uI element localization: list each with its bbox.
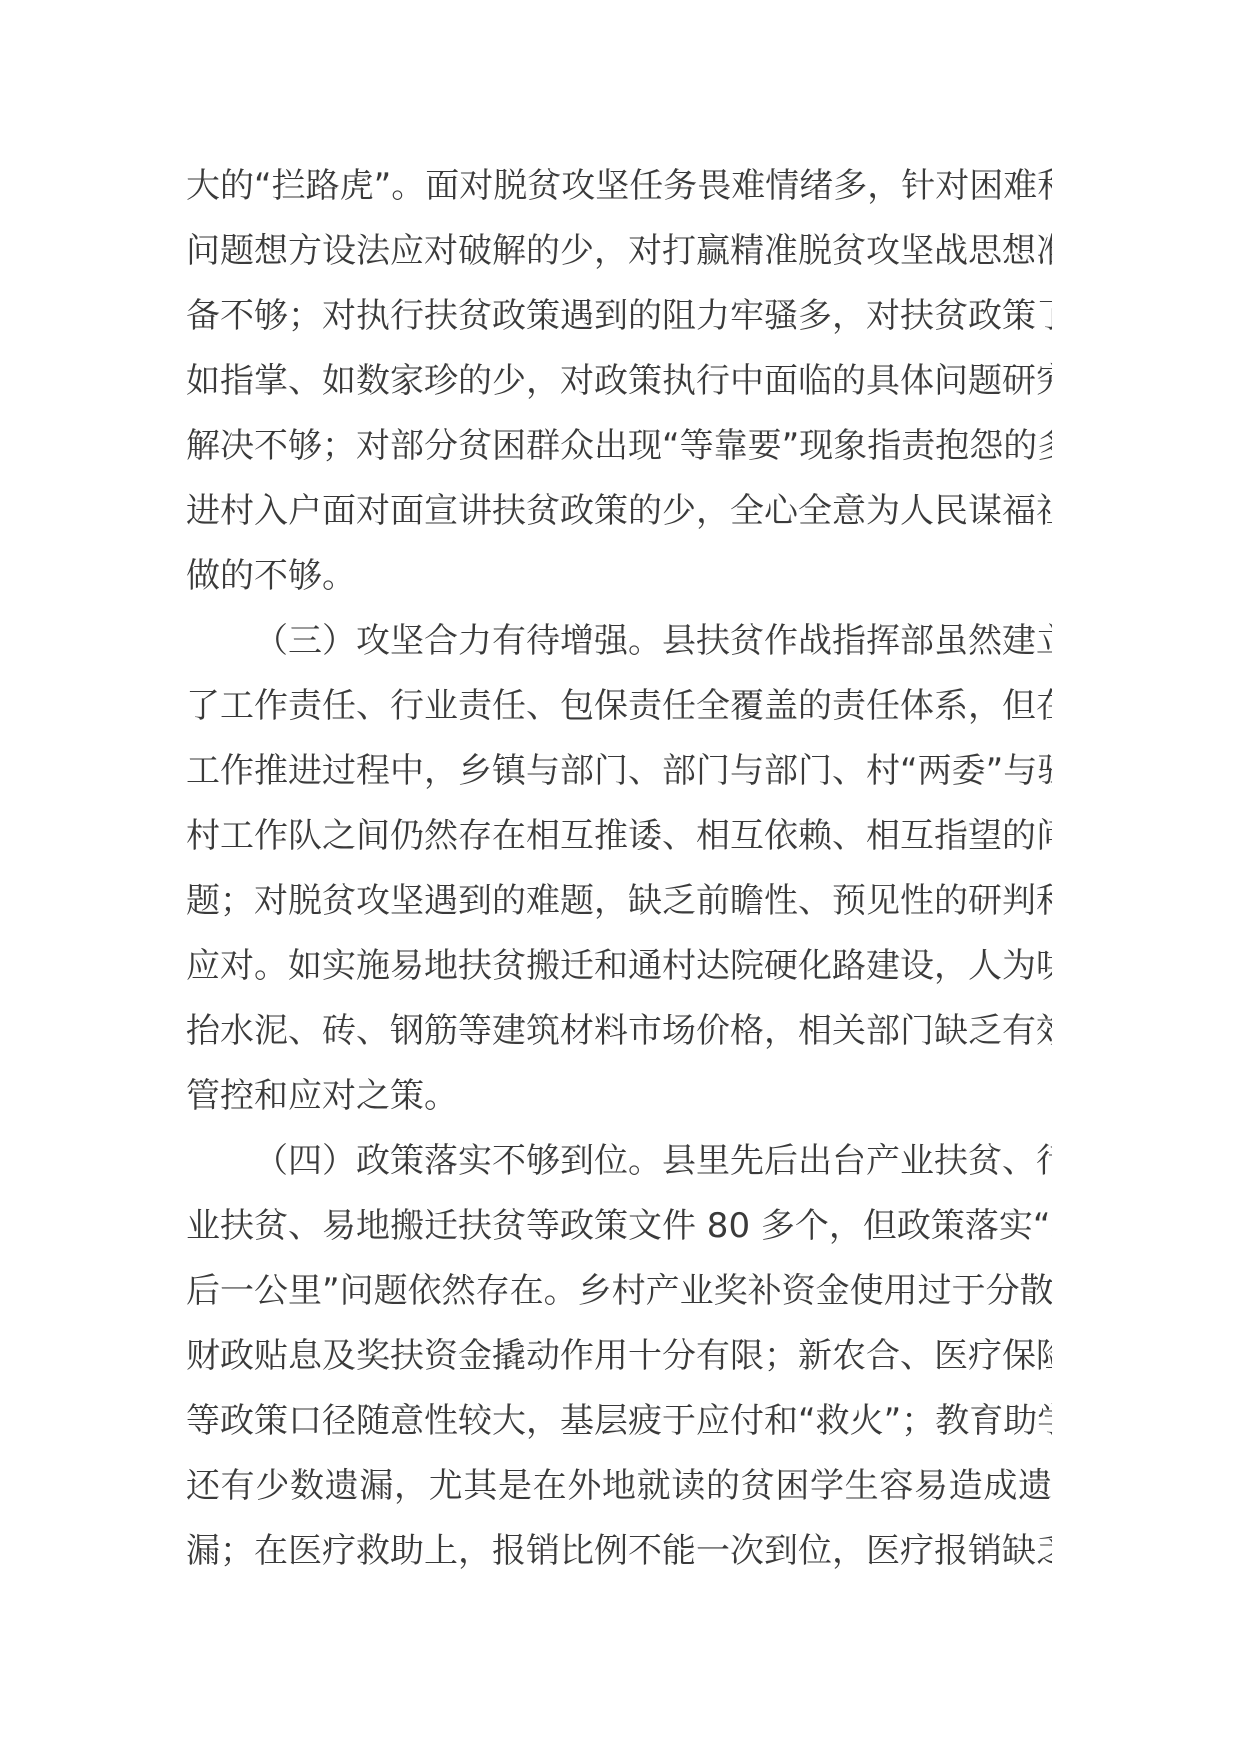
text-line: 业扶贫、易地搬迁扶贫等政策文件 80 多个，但政策落实“最 xyxy=(186,1194,1052,1259)
text-line: 做的不够。 xyxy=(186,544,1052,609)
text-line: 大的“拦路虎”。面对脱贫攻坚任务畏难情绪多，针对困难和 xyxy=(186,154,1052,219)
text-line: 等政策口径随意性较大，基层疲于应付和“救火”；教育助学 xyxy=(186,1389,1052,1454)
text-line: 了工作责任、行业责任、包保责任全覆盖的责任体系，但在 xyxy=(186,674,1052,739)
document-text-block: 大的“拦路虎”。面对脱贫攻坚任务畏难情绪多，针对困难和 问题想方设法应对破解的少… xyxy=(186,154,1052,1584)
text-line: 如指掌、如数家珍的少，对政策执行中面临的具体问题研究 xyxy=(186,349,1052,414)
text-line: 应对。如实施易地扶贫搬迁和通村达院硬化路建设，人为哄 xyxy=(186,934,1052,999)
text-line: 备不够；对执行扶贫政策遇到的阻力牢骚多，对扶贫政策了 xyxy=(186,284,1052,349)
text-line: 工作推进过程中，乡镇与部门、部门与部门、村“两委”与驻 xyxy=(186,739,1052,804)
text-line: 管控和应对之策。 xyxy=(186,1064,1052,1129)
text-line: 进村入户面对面宣讲扶贫政策的少，全心全意为人民谋福祉 xyxy=(186,479,1052,544)
text-line: 解决不够；对部分贫困群众出现“等靠要”现象指责抱怨的多， xyxy=(186,414,1052,479)
text-line: 还有少数遗漏，尤其是在外地就读的贫困学生容易造成遗 xyxy=(186,1454,1052,1519)
text-line: 问题想方设法应对破解的少，对打赢精准脱贫攻坚战思想准 xyxy=(186,219,1052,284)
paragraph: 大的“拦路虎”。面对脱贫攻坚任务畏难情绪多，针对困难和 问题想方设法应对破解的少… xyxy=(186,154,1052,609)
text-line: （四）政策落实不够到位。县里先后出台产业扶贫、行 xyxy=(186,1129,1052,1194)
text-line: 财政贴息及奖扶资金撬动作用十分有限；新农合、医疗保险 xyxy=(186,1324,1052,1389)
text-line: （三）攻坚合力有待增强。县扶贫作战指挥部虽然建立 xyxy=(186,609,1052,674)
text-line: 漏；在医疗救助上，报销比例不能一次到位，医疗报销缺乏 xyxy=(186,1519,1052,1584)
text-line: 后一公里”问题依然存在。乡村产业奖补资金使用过于分散， xyxy=(186,1259,1052,1324)
text-line: 村工作队之间仍然存在相互推诿、相互依赖、相互指望的问 xyxy=(186,804,1052,869)
document-page: 大的“拦路虎”。面对脱贫攻坚任务畏难情绪多，针对困难和 问题想方设法应对破解的少… xyxy=(0,0,1241,1755)
paragraph: （四）政策落实不够到位。县里先后出台产业扶贫、行 业扶贫、易地搬迁扶贫等政策文件… xyxy=(186,1129,1052,1584)
text-line: 抬水泥、砖、钢筋等建筑材料市场价格，相关部门缺乏有效 xyxy=(186,999,1052,1064)
text-line: 题；对脱贫攻坚遇到的难题，缺乏前瞻性、预见性的研判和 xyxy=(186,869,1052,934)
paragraph: （三）攻坚合力有待增强。县扶贫作战指挥部虽然建立 了工作责任、行业责任、包保责任… xyxy=(186,609,1052,1129)
